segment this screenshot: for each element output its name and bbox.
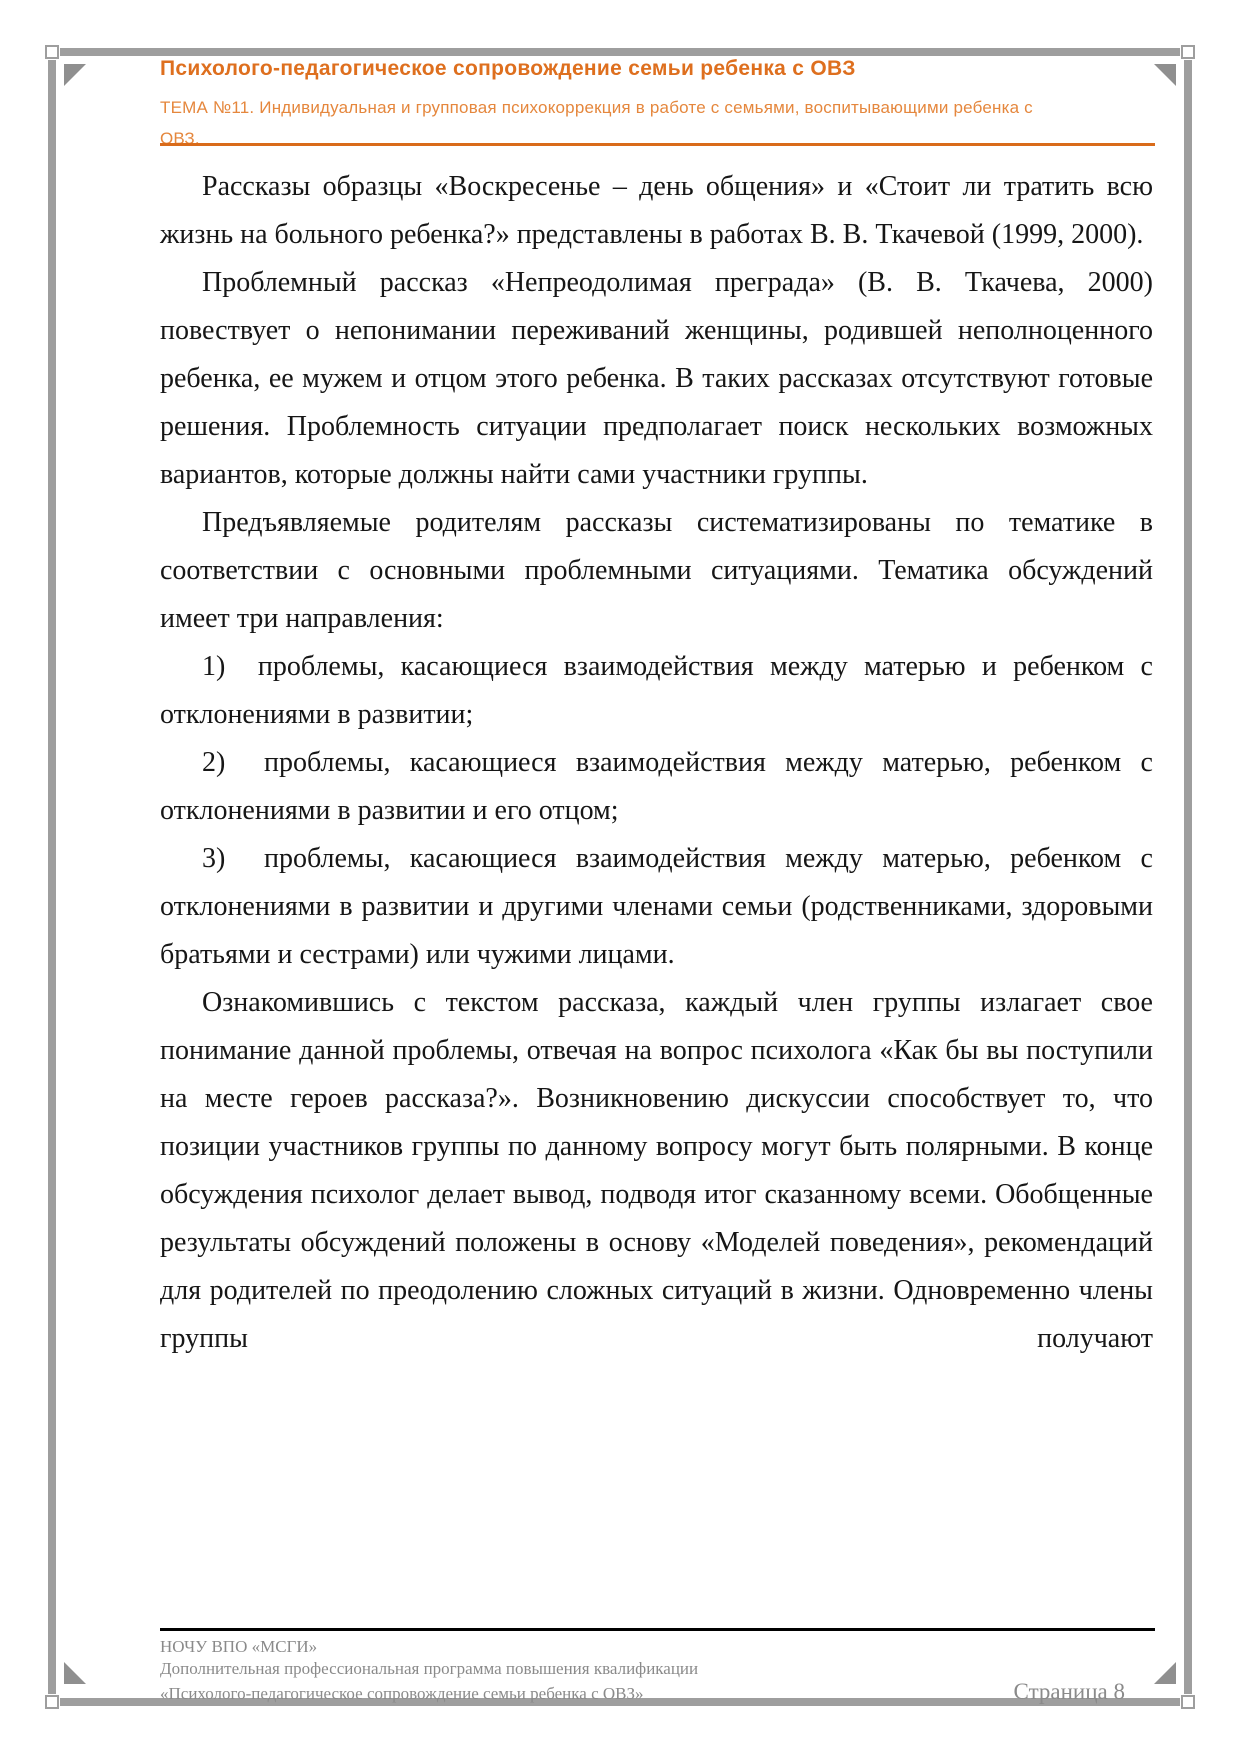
border-corner-square-bottom-left [45, 1695, 59, 1709]
body-paragraph: Проблемный рассказ «Непреодолимая прегра… [160, 259, 1153, 499]
page-border-right [1184, 60, 1192, 1694]
border-corner-square-bottom-right [1181, 1695, 1195, 1709]
header-rule [160, 143, 1155, 146]
page-footer: НОЧУ ВПО «МСГИ» Дополнительная профессио… [160, 1628, 1155, 1705]
footer-rule [160, 1628, 1155, 1631]
border-corner-triangle-top-right [1154, 64, 1176, 86]
border-corner-square-top-left [45, 45, 59, 59]
footer-course: «Психолого-педагогическое сопровождение … [160, 1683, 644, 1705]
page-number: Страница 8 [1014, 1680, 1125, 1704]
border-corner-triangle-bottom-right [1154, 1662, 1176, 1684]
document-page: { "header": { "title": "Психолого-педаго… [0, 0, 1240, 1754]
body-paragraph: Рассказы образцы «Воскресенье – день общ… [160, 163, 1153, 259]
footer-last-row: «Психолого-педагогическое сопровождение … [160, 1680, 1155, 1705]
body-paragraph: 3) проблемы, касающиеся взаимодействия м… [160, 835, 1153, 979]
body-paragraph: 2) проблемы, касающиеся взаимодействия м… [160, 739, 1153, 835]
document-body: Рассказы образцы «Воскресенье – день общ… [160, 163, 1153, 1363]
body-paragraph: Ознакомившись с текстом рассказа, каждый… [160, 979, 1153, 1363]
header-title: Психолого-педагогическое сопровождение с… [160, 55, 1155, 82]
page-border-left [48, 60, 56, 1694]
footer-org: НОЧУ ВПО «МСГИ» [160, 1636, 1155, 1658]
border-corner-square-top-right [1181, 45, 1195, 59]
border-corner-triangle-bottom-left [64, 1662, 86, 1684]
border-corner-triangle-top-left [64, 64, 86, 86]
footer-program: Дополнительная профессиональная программ… [160, 1658, 1155, 1680]
body-paragraph: Предъявляемые родителям рассказы система… [160, 499, 1153, 643]
body-paragraph: 1) проблемы, касающиеся взаимодействия м… [160, 643, 1153, 739]
